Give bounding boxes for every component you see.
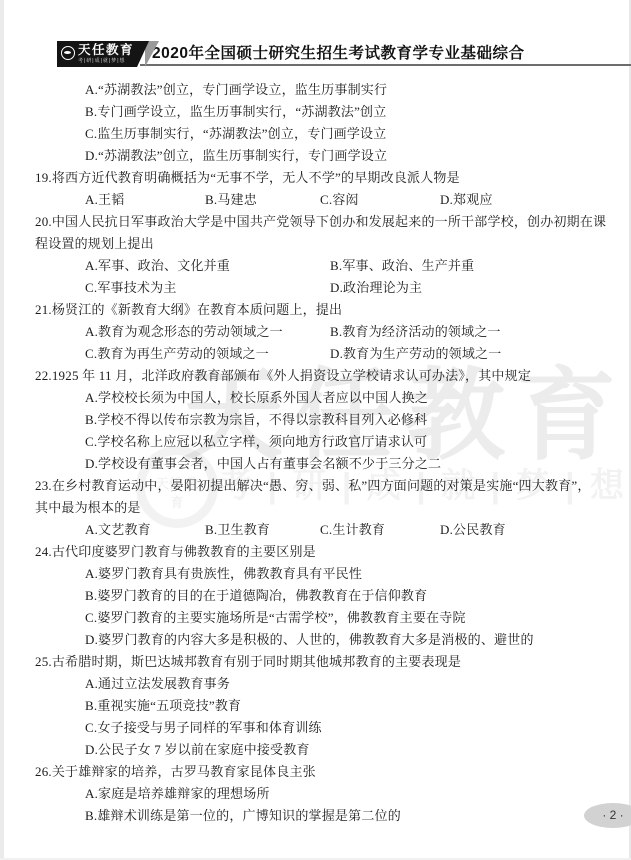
question-text: 19.将西方近代教育明确概括为“无事不学，无人不学”的早期改良派人物是 xyxy=(35,170,460,185)
option-text: C.军事技术为主 xyxy=(85,277,330,299)
option-text: D.公民子女 7 岁以前在家庭中接受教育 xyxy=(85,742,310,757)
option-text: B.专门画学设立，监生历事制实行，“苏湖教法”创立 xyxy=(85,104,386,119)
publisher-logo-name: 天任教育 xyxy=(78,44,136,57)
scan-edge-left xyxy=(0,0,4,860)
option-text: D.“苏湖教法”创立，监生历事制实行，专门画学设立 xyxy=(85,148,387,163)
scanned-exam-page: { "header": { "logo": { "name": "天任教育", … xyxy=(0,0,631,860)
option-text: A.学校校长须为中国人，校长原系外国人者应以中国人换之 xyxy=(85,390,428,405)
option-text: D.政治理论为主 xyxy=(330,280,422,295)
option-line: A.“苏湖教法”创立，专门画学设立，监生历事制实行 xyxy=(35,79,617,101)
option-text: A.军事、政治、文化并重 xyxy=(85,255,330,277)
option-text: D.婆罗门教育的内容大多是积极的、人世的，佛教教育大多是消极的、避世的 xyxy=(85,632,534,647)
option-line: C.监生历事制实行，“苏湖教法”创立，专门画学设立 xyxy=(35,123,617,145)
exam-title: 2020年全国硕士研究生招生考试教育学专业基础综合 xyxy=(152,44,524,64)
option-text: C.容闳 xyxy=(320,189,440,211)
option-line: A.王韬B.马建忠C.容闳D.郑观应 xyxy=(35,189,617,211)
option-text: C.监生历事制实行，“苏湖教法”创立，专门画学设立 xyxy=(85,126,386,141)
option-line: B.重视实施“五项竞技”教育 xyxy=(35,695,617,717)
option-text: B.雄辩术训练是第一位的，广博知识的掌握是第二位的 xyxy=(85,808,401,823)
question-stem-line: 20.中国人民抗日军事政治大学是中国共产党领导下创办和发展起来的一所干部学校，创… xyxy=(35,211,617,233)
option-text: C.学校名称上应冠以私立字样，须向地方行政官厅请求认可 xyxy=(85,434,427,449)
option-line: D.“苏湖教法”创立，监生历事制实行，专门画学设立 xyxy=(35,145,617,167)
question-text: 25.古希腊时期，斯巴达城邦教育有别于同时期其他城邦教育的主要表现是 xyxy=(35,654,461,669)
option-text: B.重视实施“五项竞技”教育 xyxy=(85,698,241,713)
option-line: D.学校设有董事会者，中国人占有董事会名额不少于三分之二 xyxy=(35,453,617,475)
option-text: D.学校设有董事会者，中国人占有董事会名额不少于三分之二 xyxy=(85,456,441,471)
option-line: D.婆罗门教育的内容大多是积极的、人世的，佛教教育大多是消极的、避世的 xyxy=(35,629,617,651)
option-text: B.学校不得以传布宗教为宗旨，不得以宗教科目列入必修科 xyxy=(85,412,427,427)
page-header: 天任教育 考|研|成|就|梦|想 2020年全国硕士研究生招生考试教育学专业基础… xyxy=(0,0,631,70)
option-text: C.教育为再生产劳动的领域之一 xyxy=(85,343,330,365)
question-text: 21.杨贤江的《新教育大纲》在教育本质问题上，提出 xyxy=(35,302,342,317)
question-stem-line: 19.将西方近代教育明确概括为“无事不学，无人不学”的早期改良派人物是 xyxy=(35,167,617,189)
question-text: 24.古代印度婆罗门教育与佛教教育的主要区别是 xyxy=(35,544,316,559)
question-continuation-line: 其中最为根本的是 xyxy=(35,497,617,519)
option-line: A.学校校长须为中国人，校长原系外国人者应以中国人换之 xyxy=(35,387,617,409)
option-line: A.军事、政治、文化并重B.军事、政治、生产并重 xyxy=(35,255,617,277)
option-text: C.女子接受与男子同样的军事和体育训练 xyxy=(85,720,322,735)
question-text: 其中最为根本的是 xyxy=(35,500,141,515)
option-line: C.婆罗门教育的主要实施场所是“古需学校”，佛教教育主要在寺院 xyxy=(35,607,617,629)
option-text: A.“苏湖教法”创立，专门画学设立，监生历事制实行 xyxy=(85,82,387,97)
publisher-logo-emblem-icon xyxy=(61,46,75,60)
publisher-logo-slogan: 考|研|成|就|梦|想 xyxy=(78,58,136,64)
question-text: 26.关于雄辩家的培养，古罗马教育家昆体良主张 xyxy=(35,764,316,779)
option-text: D.郑观应 xyxy=(440,189,493,211)
option-line: C.女子接受与男子同样的军事和体育训练 xyxy=(35,717,617,739)
option-text: C.婆罗门教育的主要实施场所是“古需学校”，佛教教育主要在寺院 xyxy=(85,610,466,625)
question-continuation-line: 程设置的规划上提出 xyxy=(35,233,617,255)
option-text: B.军事、政治、生产并重 xyxy=(330,258,474,273)
header-divider xyxy=(140,64,631,66)
question-stem-line: 25.古希腊时期，斯巴达城邦教育有别于同时期其他城邦教育的主要表现是 xyxy=(35,651,617,673)
option-line: A.婆罗门教育具有贵族性，佛教教育具有平民性 xyxy=(35,563,617,585)
question-stem-line: 22.1925 年 11 月，北洋政府教育部颁布《外人捐资设立学校请求认可办法》… xyxy=(35,365,617,387)
option-line: C.军事技术为主D.政治理论为主 xyxy=(35,277,617,299)
question-stem-line: 23.在乡村教育运动中，晏阳初提出解决“愚、穷、弱、私”四方面问题的对策是实施“… xyxy=(35,475,617,497)
option-line: B.学校不得以传布宗教为宗旨，不得以宗教科目列入必修科 xyxy=(35,409,617,431)
publisher-logo: 天任教育 考|研|成|就|梦|想 xyxy=(57,41,137,67)
question-text: 22.1925 年 11 月，北洋政府教育部颁布《外人捐资设立学校请求认可办法》… xyxy=(35,368,531,383)
option-text: B.婆罗门教育的目的在于道德陶冶，佛教教育在于信仰教育 xyxy=(85,588,427,603)
option-line: B.专门画学设立，监生历事制实行，“苏湖教法”创立 xyxy=(35,101,617,123)
question-text: 23.在乡村教育运动中，晏阳初提出解决“愚、穷、弱、私”四方面问题的对策是实施“… xyxy=(35,478,591,493)
option-line: C.学校名称上应冠以私立字样，须向地方行政官厅请求认可 xyxy=(35,431,617,453)
question-text: 程设置的规划上提出 xyxy=(35,236,154,251)
option-line: A.家庭是培养雄辩家的理想场所 xyxy=(35,783,617,805)
option-text: A.王韬 xyxy=(85,189,205,211)
question-stem-line: 21.杨贤江的《新教育大纲》在教育本质问题上，提出 xyxy=(35,299,617,321)
option-text: C.生计教育 xyxy=(320,519,440,541)
option-text: B.马建忠 xyxy=(205,189,320,211)
option-text: A.文艺教育 xyxy=(85,519,205,541)
option-line: A.教育为观念形态的劳动领域之一B.教育为经济活动的领域之一 xyxy=(35,321,617,343)
option-text: A.婆罗门教育具有贵族性，佛教教育具有平民性 xyxy=(85,566,362,581)
option-line: B.雄辩术训练是第一位的，广博知识的掌握是第二位的 xyxy=(35,805,617,827)
option-line: D.公民子女 7 岁以前在家庭中接受教育 xyxy=(35,739,617,761)
option-text: D.公民教育 xyxy=(440,519,506,541)
question-stem-line: 24.古代印度婆罗门教育与佛教教育的主要区别是 xyxy=(35,541,617,563)
question-stem-line: 26.关于雄辩家的培养，古罗马教育家昆体良主张 xyxy=(35,761,617,783)
exam-content: A.“苏湖教法”创立，专门画学设立，监生历事制实行B.专门画学设立，监生历事制实… xyxy=(35,79,617,827)
option-line: A.通过立法发展教育事务 xyxy=(35,673,617,695)
option-text: D.教育为生产劳动的领域之一 xyxy=(330,346,501,361)
question-text: 20.中国人民抗日军事政治大学是中国共产党领导下创办和发展起来的一所干部学校，创… xyxy=(35,214,606,229)
option-text: A.家庭是培养雄辩家的理想场所 xyxy=(85,786,270,801)
option-text: A.教育为观念形态的劳动领域之一 xyxy=(85,321,330,343)
option-line: A.文艺教育B.卫生教育C.生计教育D.公民教育 xyxy=(35,519,617,541)
option-text: B.卫生教育 xyxy=(205,519,320,541)
option-text: B.教育为经济活动的领域之一 xyxy=(330,324,501,339)
option-text: A.通过立法发展教育事务 xyxy=(85,676,230,691)
option-line: C.教育为再生产劳动的领域之一D.教育为生产劳动的领域之一 xyxy=(35,343,617,365)
option-line: B.婆罗门教育的目的在于道德陶冶，佛教教育在于信仰教育 xyxy=(35,585,617,607)
